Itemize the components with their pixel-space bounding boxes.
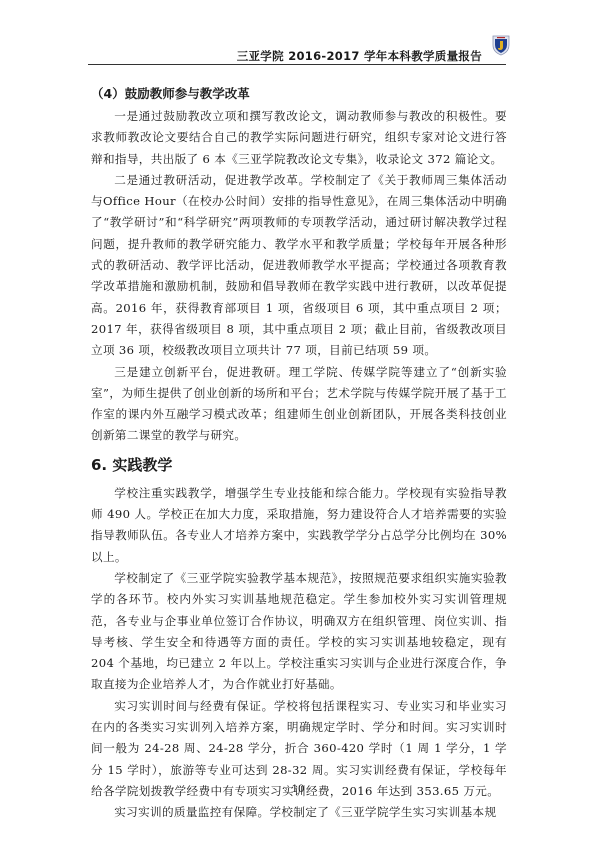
paragraph: 学校制定了《三亚学院实验教学基本规范》，按照规范要求组织实施实验教学的各环节。校… — [91, 568, 507, 696]
university-crest-icon — [492, 34, 510, 56]
section-heading: 6. 实践教学 — [91, 453, 507, 477]
page-body: （4）鼓励教师参与教学改革 一是通过鼓励教改立项和撰写教改论文，调动教师参与教改… — [91, 84, 507, 824]
paragraph: 一是通过鼓励教改立项和撰写教改论文，调动教师参与教改的积极性。要求教师教改论文要… — [91, 106, 507, 170]
paragraph: 实习实训的质量监控有保障。学校制定了《三亚学院学生实习实训基本规 — [91, 802, 507, 823]
header-title: 三亚学院 2016-2017 学年本科教学质量报告 — [237, 48, 482, 64]
subsection-heading: （4）鼓励教师参与教学改革 — [91, 84, 507, 104]
paragraph: 学校注重实践教学，增强学生专业技能和综合能力。学校现有实验指导教师 490 人。… — [91, 483, 507, 568]
paragraph: 二是通过教研活动，促进教学改革。学校制定了《关于教师周三集体活动与Office … — [91, 170, 507, 362]
page-number: 10 — [0, 784, 596, 795]
paragraph: 三是建立创新平台，促进教研。理工学院、传媒学院等建立了“创新实验室”，为师生提供… — [91, 362, 507, 447]
page-header: 三亚学院 2016-2017 学年本科教学质量报告 — [88, 40, 506, 65]
